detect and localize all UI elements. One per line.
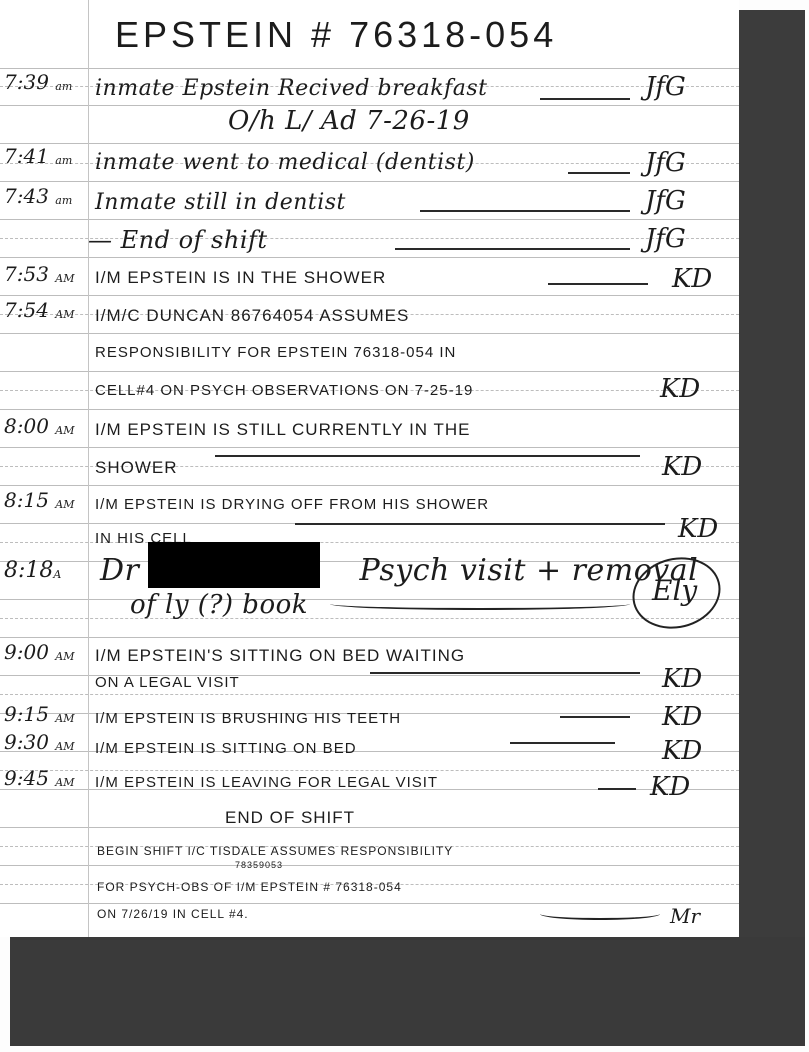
entry-text: I/M EPSTEIN IS LEAVING FOR LEGAL VISIT — [95, 774, 438, 791]
entry-dash — [510, 742, 615, 744]
entry-dash — [560, 716, 630, 718]
entry-text: I/M EPSTEIN IS SITTING ON BED — [95, 740, 357, 757]
ruled-line — [0, 409, 739, 410]
ruled-line — [0, 181, 739, 182]
entry-text-continued: ON 7/26/19 IN CELL #4. — [97, 907, 249, 921]
dashed-line — [0, 618, 739, 619]
ruled-line — [0, 637, 739, 638]
entry-dash — [548, 283, 648, 285]
entry-text-continued: SHOWER — [95, 458, 178, 478]
entry-time: 9:15 AM — [4, 702, 75, 726]
entry-dash — [370, 672, 640, 674]
entry-initials: JfG — [645, 72, 686, 102]
staff-number: 78359053 — [235, 860, 283, 870]
entry-time: 8:15 AM — [4, 488, 75, 512]
entry-time: 9:45 AM — [4, 766, 75, 790]
entry-time: 9:30 AM — [4, 730, 75, 754]
entry-time: 7:53 AM — [4, 262, 75, 286]
ruled-line — [0, 219, 739, 220]
entry-dash — [215, 455, 640, 457]
entry-time: 8:00 AM — [4, 414, 75, 438]
entry-text: Inmate still in dentist — [95, 190, 346, 215]
ruled-line — [0, 68, 739, 69]
entry-text: I/M/C DUNCAN 86764054 ASSUMES — [95, 306, 409, 326]
entry-text-continued: FOR PSYCH-OBS OF I/M EPSTEIN # 76318-054 — [97, 880, 402, 894]
entry-initials: KD — [650, 772, 690, 802]
entry-time: 8:18A — [4, 558, 61, 583]
ruled-line — [0, 143, 739, 144]
entry-initials: KD — [678, 514, 718, 544]
entry-text: I/M EPSTEIN IS IN THE SHOWER — [95, 268, 386, 288]
dashed-line — [0, 770, 739, 771]
scanner-backing-bottom — [10, 937, 805, 1046]
ruled-line — [0, 333, 739, 334]
log-sheet: EPSTEIN # 76318-054 7:39 am inmate Epste… — [0, 0, 739, 937]
entry-text: I/M EPSTEIN IS DRYING OFF FROM HIS SHOWE… — [95, 496, 489, 513]
entry-dash — [540, 908, 660, 920]
entry-initials: KD — [662, 452, 702, 482]
ruled-line — [0, 257, 739, 258]
entry-text-continued: of ly (?) book — [130, 590, 308, 620]
ruled-line — [0, 865, 739, 866]
entry-initials: JfG — [645, 186, 686, 216]
entry-text-continued: ON A LEGAL VISIT — [95, 674, 240, 691]
scanner-backing-right — [739, 10, 805, 1046]
entry-dash — [330, 598, 630, 610]
ruled-line — [0, 447, 739, 448]
entry-text-continued: RESPONSIBILITY FOR EPSTEIN 76318-054 IN — [95, 344, 456, 361]
redaction-box — [148, 542, 320, 588]
end-of-shift-note: END OF SHIFT — [225, 808, 355, 828]
entry-time: 7:54 AM — [4, 298, 75, 322]
ruled-line — [0, 827, 739, 828]
ruled-line — [0, 485, 739, 486]
entry-initials: Mr — [670, 904, 700, 928]
entry-text: I/M EPSTEIN'S SITTING ON BED WAITING — [95, 646, 465, 666]
entry-dash — [598, 788, 636, 790]
entry-dash — [540, 98, 630, 100]
entry-initials: KD — [662, 664, 702, 694]
entry-text: inmate Epstein Recived breakfast — [95, 76, 487, 101]
entry-initials: KD — [662, 702, 702, 732]
signature-date: O/h L/ Ad 7-26-19 — [228, 106, 470, 136]
entry-initials: KD — [672, 264, 712, 294]
page-title: EPSTEIN # 76318-054 — [115, 14, 557, 56]
entry-dash — [420, 210, 630, 212]
entry-time: 9:00 AM — [4, 640, 75, 664]
entry-initials: KD — [660, 374, 700, 404]
dashed-line — [0, 694, 739, 695]
entry-text: I/M EPSTEIN IS STILL CURRENTLY IN THE — [95, 420, 471, 440]
ruled-line — [0, 903, 739, 904]
entry-text: inmate went to medical (dentist) — [95, 150, 475, 175]
entry-initials: JfG — [645, 224, 686, 254]
end-of-shift-note: — End of shift — [88, 226, 268, 254]
margin-line — [88, 0, 89, 937]
ruled-line — [0, 295, 739, 296]
entry-text: BEGIN SHIFT I/C TISDALE ASSUMES RESPONSI… — [97, 844, 453, 858]
entry-dash — [568, 172, 630, 174]
entry-time: 7:41 am — [4, 144, 72, 168]
entry-time: 7:39 am — [4, 70, 72, 94]
entry-text: I/M EPSTEIN IS BRUSHING HIS TEETH — [95, 710, 401, 727]
entry-initials: KD — [662, 736, 702, 766]
entry-dash — [395, 248, 630, 250]
entry-text-continued: CELL#4 ON PSYCH OBSERVATIONS ON 7-25-19 — [95, 382, 473, 399]
scanned-page: EPSTEIN # 76318-054 7:39 am inmate Epste… — [0, 0, 809, 1052]
ruled-line — [0, 371, 739, 372]
circled-initials: Ely — [652, 574, 697, 607]
entry-time: 7:43 am — [4, 184, 72, 208]
entry-dash — [295, 523, 665, 525]
entry-initials: JfG — [645, 148, 686, 178]
